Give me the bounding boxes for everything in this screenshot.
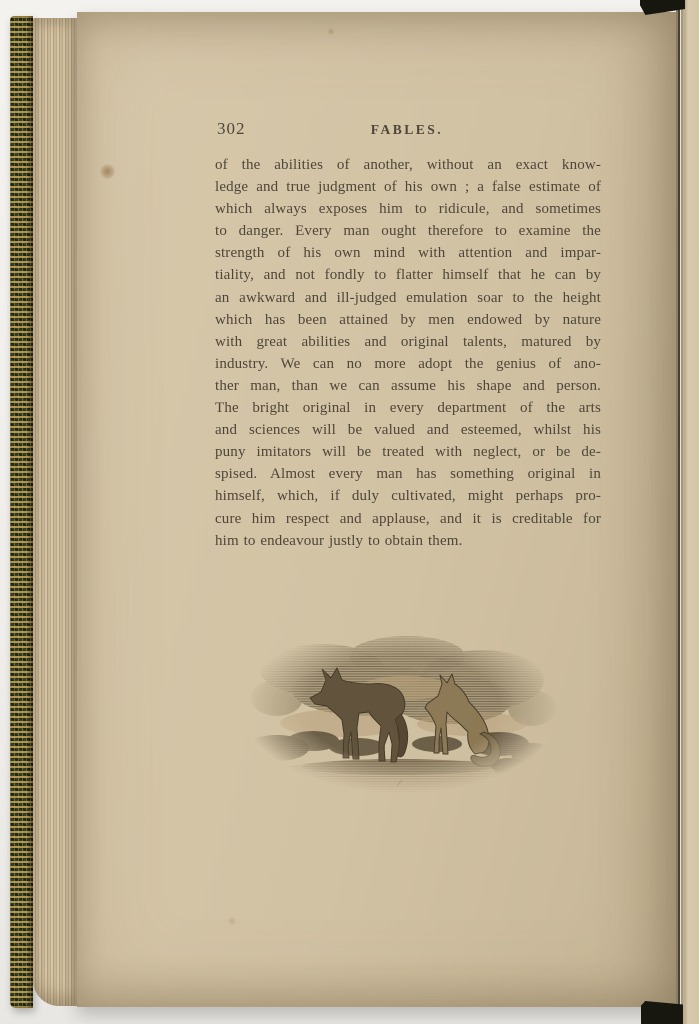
text-line: puny imitators will be treated with negl… [215, 441, 601, 463]
text-line: industry. We can no more adopt the geniu… [215, 353, 601, 375]
text-line: strength of his own mind with attention … [215, 242, 601, 264]
text-line: ledge and true judgment of his own ; a f… [215, 176, 601, 198]
illustration-two-foxes [247, 626, 557, 796]
text-line: an awkward and ill-judged emulation soar… [215, 287, 601, 309]
text-line: spised. Almost every man has something o… [215, 463, 601, 485]
text-line: himself, which, if duly cultivated, migh… [215, 485, 601, 507]
text-line: and sciences will be valued and esteemed… [215, 419, 601, 441]
paper-stain [327, 28, 335, 35]
paper-stain [227, 917, 237, 925]
text-line: cure him respect and applause, and it is… [215, 508, 601, 530]
text-line: to danger. Every man ought therefore to … [215, 220, 601, 242]
text-line: The bright original in every department … [215, 397, 601, 419]
text-line: which always exposes him to ridicule, an… [215, 198, 601, 220]
text-line: of the abilities of another, without an … [215, 154, 601, 176]
page-edges [33, 18, 77, 1006]
paper-stain [99, 164, 116, 179]
page-gutter-shadow [676, 0, 683, 1024]
text-line: him to endeavour justly to obtain them. [215, 530, 601, 552]
facing-page-sliver [683, 0, 699, 1024]
text-line: tiality, and not fondly to flatter himse… [215, 264, 601, 286]
body-text: of the abilities of another, without an … [215, 154, 601, 552]
cover-corner-bottom-right [641, 1001, 683, 1024]
page-header: 302 FABLES. [215, 119, 599, 141]
text-line: ther man, than we can assume his shape a… [215, 375, 601, 397]
running-title: FABLES. [215, 122, 599, 138]
text-line: with great abilities and original talent… [215, 331, 601, 353]
book-spine-binding [10, 16, 33, 1008]
text-line: which has been attained by men endowed b… [215, 309, 601, 331]
book-page: 302 FABLES. of the abilities of another,… [77, 12, 676, 1007]
